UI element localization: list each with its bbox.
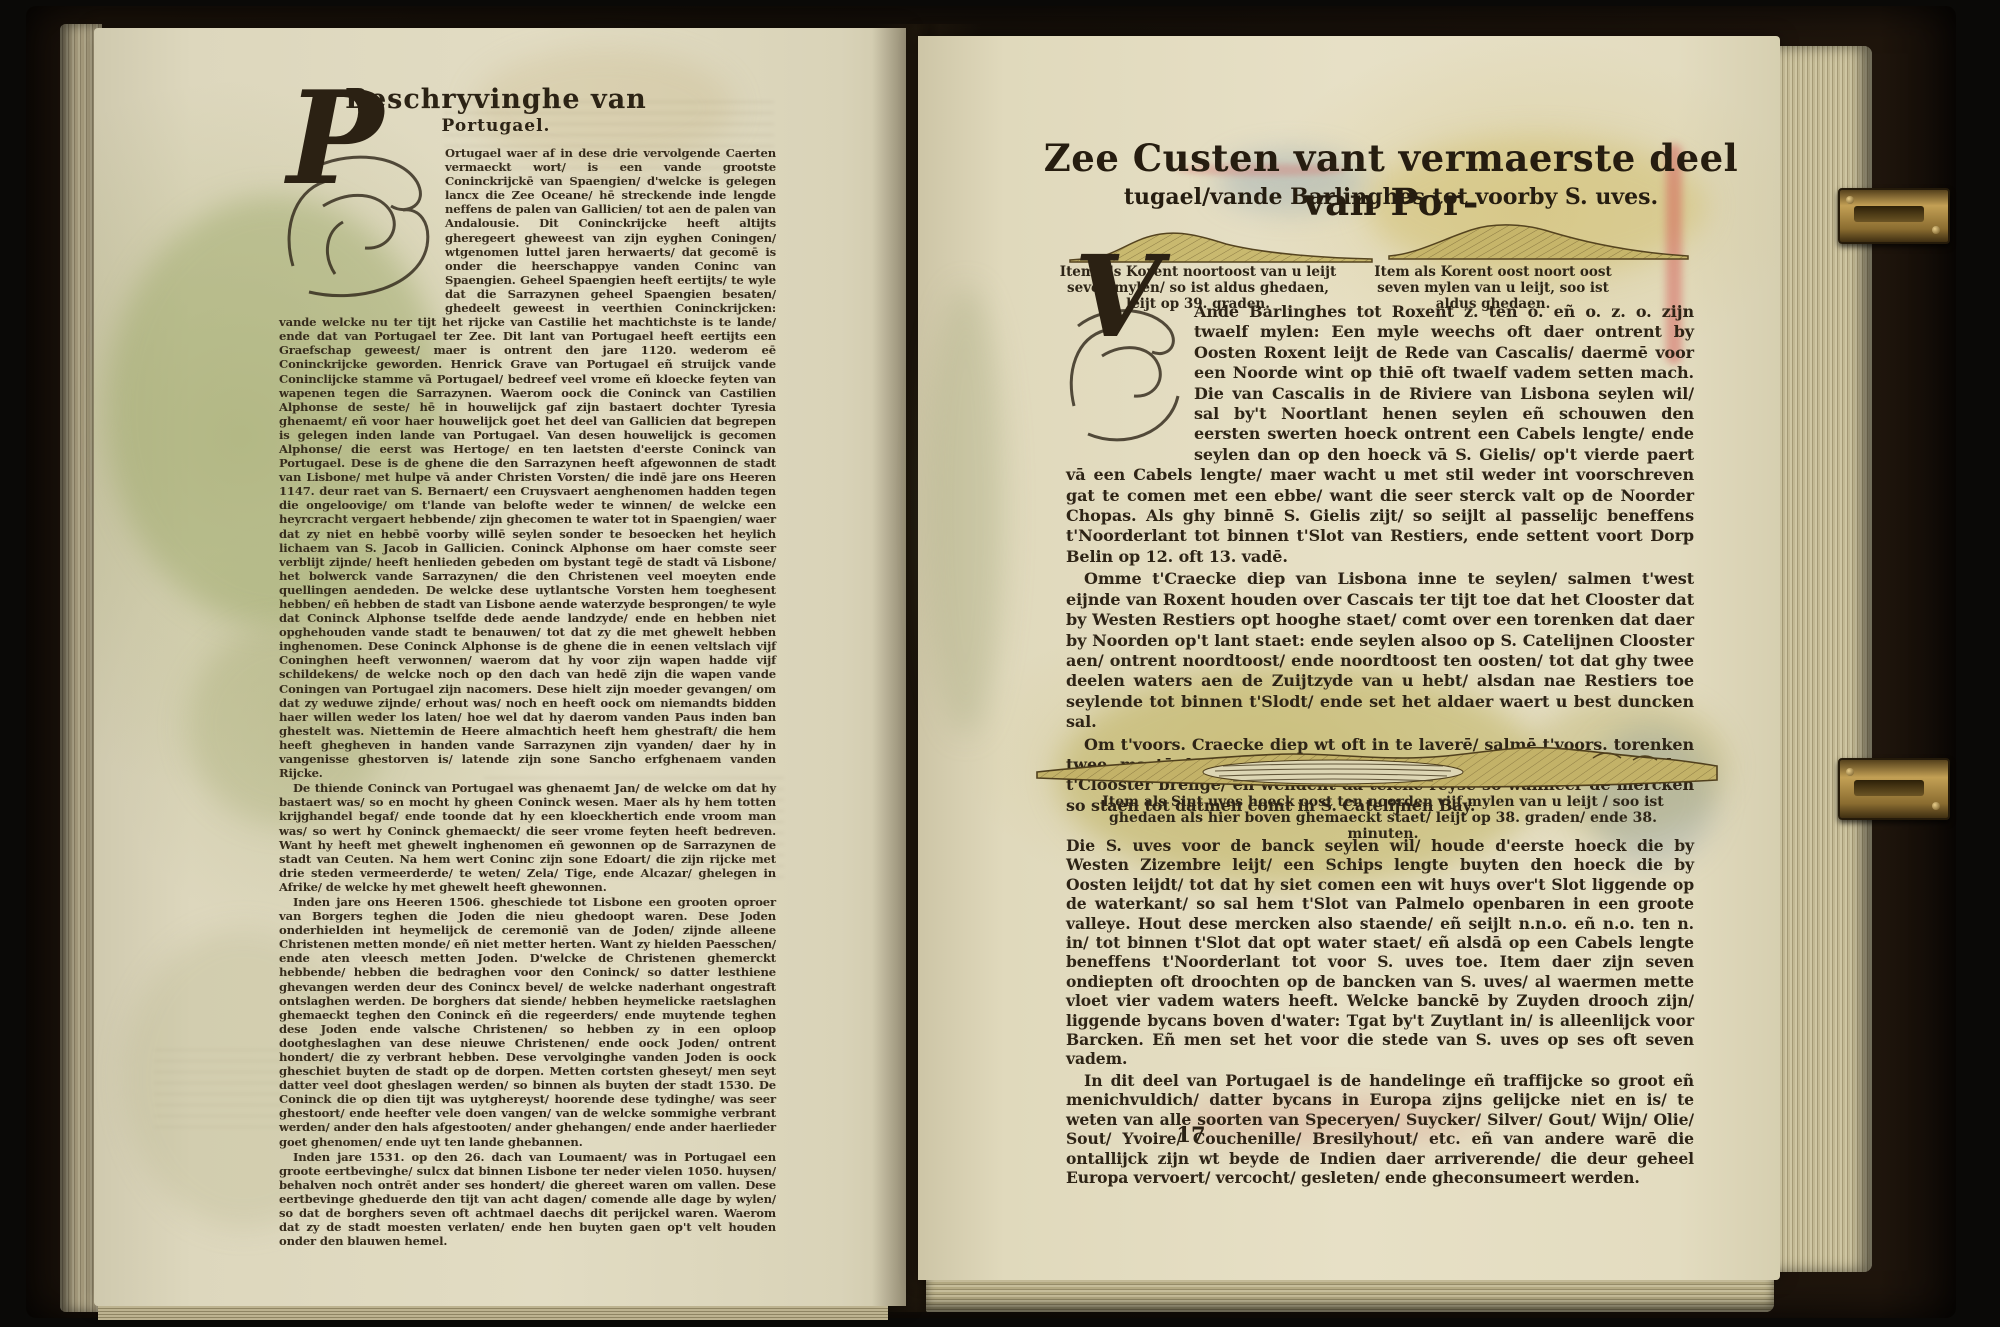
clasp-rivet xyxy=(1932,802,1940,810)
mid-profile-caption: Item als Sint uves hoeck oost ten noorde… xyxy=(1098,794,1668,842)
coastal-profile-sint-uves xyxy=(1033,714,1721,794)
brass-clasp-bottom xyxy=(1838,758,1950,820)
bottom-page-stack-left xyxy=(98,1306,888,1320)
paragraph: Omme t'Craecke diep van Lisbona inne te … xyxy=(1066,569,1694,732)
clasp-rivet xyxy=(1846,768,1854,776)
stain-green-gutterside xyxy=(926,286,1006,736)
paragraph: Inden jare ons Heeren 1506. gheschiede t… xyxy=(279,895,776,1149)
page-number: 17 xyxy=(1166,1122,1216,1147)
clasp-rivet xyxy=(1932,226,1940,234)
coastal-profile-korent-eastnortheast xyxy=(1386,206,1691,264)
clasp-rivet xyxy=(1846,196,1854,204)
decorative-initial: P xyxy=(279,146,437,304)
right-page-body-lower: Die S. uves voor de banck seylen wil/ ho… xyxy=(1066,836,1694,1187)
clasp-slot xyxy=(1854,780,1924,796)
book: Beschryvinghe van Portugael. P Ortugael … xyxy=(26,6,1956,1318)
right-page: Zee Custen vant vermaerste deel van Por-… xyxy=(918,36,1780,1280)
paragraph: De thiende Coninck van Portugael was ghe… xyxy=(279,781,776,894)
paragraph: Die S. uves voor de banck seylen wil/ ho… xyxy=(1066,836,1694,1069)
bottom-page-stack xyxy=(926,1280,1774,1312)
left-page: Beschryvinghe van Portugael. P Ortugael … xyxy=(94,28,906,1306)
drop-cap-letter: V xyxy=(1074,288,1161,308)
paragraph: Inden jare 1531. op den 26. dach van Lou… xyxy=(279,1150,776,1249)
clasp-slot xyxy=(1854,206,1924,222)
left-page-body-text: P Ortugael waer af in dese drie vervolge… xyxy=(279,146,776,1096)
decorative-initial: V xyxy=(1066,302,1184,448)
paragraph: In dit deel van Portugael is de handelin… xyxy=(1066,1071,1694,1187)
drop-cap-letter: P xyxy=(287,132,383,146)
brass-clasp-top xyxy=(1838,188,1950,244)
